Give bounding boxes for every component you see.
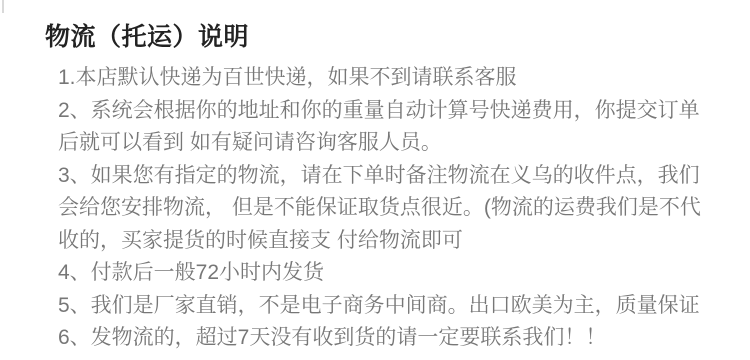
shipping-notice-section: 物流（托运）说明 1.本店默认快递为百世快递，如果不到请联系客服 2、系统会根据…	[0, 0, 750, 360]
notice-item-2: 2、系统会根据你的地址和你的重量自动计算号快递费用，你提交订单 后就可以看到 如…	[58, 95, 738, 160]
notice-line: 6、发物流的，超过7天没有收到货的请一定要联系我们！！	[58, 322, 738, 355]
notice-line: 会给您安排物流， 但是不能保证取货点很近。(物流的运费我们是不代	[58, 192, 738, 225]
notice-item-5: 5、我们是厂家直销，不是电子商务中间商。出口欧美为主，质量保证	[58, 290, 738, 323]
notice-line: 2、系统会根据你的地址和你的重量自动计算号快递费用，你提交订单	[58, 95, 738, 128]
shipping-notice-body: 1.本店默认快递为百世快递，如果不到请联系客服 2、系统会根据你的地址和你的重量…	[58, 62, 738, 355]
notice-line: 5、我们是厂家直销，不是电子商务中间商。出口欧美为主，质量保证	[58, 290, 738, 323]
notice-item-6: 6、发物流的，超过7天没有收到货的请一定要联系我们！！	[58, 322, 738, 355]
notice-item-4: 4、付款后一般72小时内发货	[58, 257, 738, 290]
shipping-notice-title: 物流（托运）说明	[45, 22, 249, 52]
notice-item-1: 1.本店默认快递为百世快递，如果不到请联系客服	[58, 62, 738, 95]
notice-line: 3、如果您有指定的物流，请在下单时备注物流在义乌的收件点，我们	[58, 160, 738, 193]
notice-line: 1.本店默认快递为百世快递，如果不到请联系客服	[58, 62, 738, 95]
notice-item-3: 3、如果您有指定的物流，请在下单时备注物流在义乌的收件点，我们 会给您安排物流，…	[58, 160, 738, 258]
page: { "colors": { "background": "#ffffff", "…	[0, 0, 750, 360]
notice-line: 后就可以看到 如有疑问请咨询客服人员。	[58, 127, 738, 160]
notice-line: 4、付款后一般72小时内发货	[58, 257, 738, 290]
notice-line: 收的，买家提货的时候直接支 付给物流即可	[58, 225, 738, 258]
